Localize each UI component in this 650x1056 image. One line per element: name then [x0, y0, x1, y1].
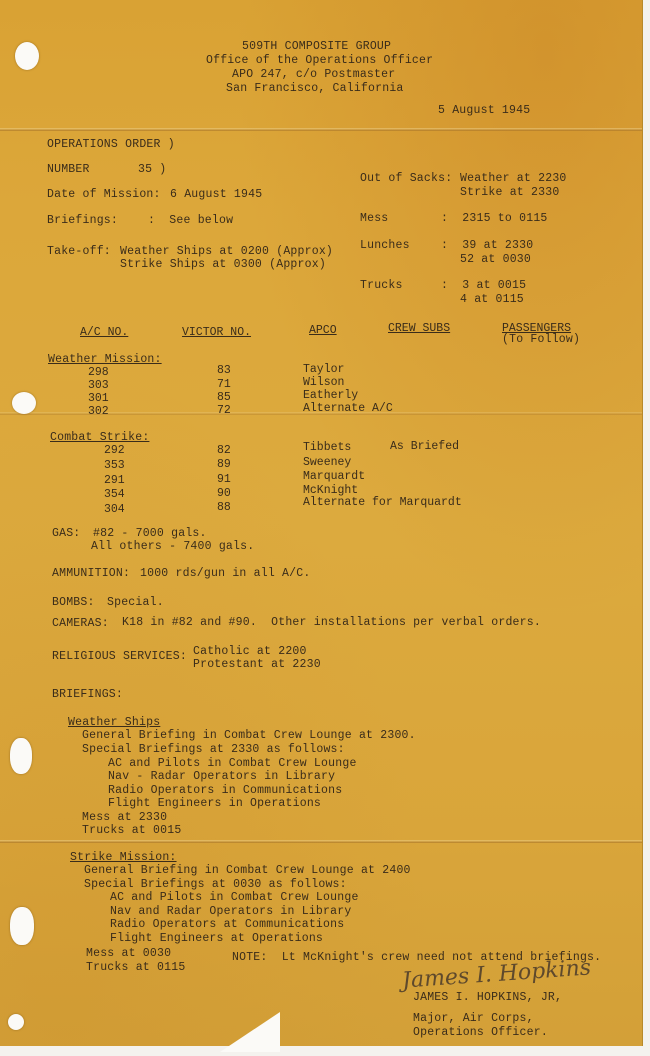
letterhead-office: Office of the Operations Officer — [206, 54, 433, 68]
punch-hole — [12, 392, 36, 414]
fold-line — [0, 128, 642, 131]
apco-name: Taylor — [303, 363, 344, 377]
ammunition-value: 1000 rds/gun in all A/C. — [140, 567, 310, 581]
weather-briefing-item: Radio Operators in Communications — [108, 784, 342, 798]
signatory-title: Operations Officer. — [413, 1026, 548, 1040]
strike-mess: Mess at 0030 — [86, 947, 171, 961]
trucks-second: 4 at 0115 — [460, 293, 524, 307]
weather-general-briefing: General Briefing in Combat Crew Lounge a… — [82, 729, 416, 743]
briefings-value: : See below — [148, 214, 233, 228]
ac-number: 291 — [104, 474, 125, 488]
out-of-sacks-label: Out of Sacks: — [360, 172, 452, 186]
weather-briefing-item: Flight Engineers in Operations — [108, 797, 321, 811]
briefings-heading: BRIEFINGS: — [52, 688, 123, 702]
weather-mission-label: Weather Mission: — [48, 353, 162, 367]
column-header-ac-no: A/C NO. — [80, 326, 128, 339]
takeoff-strike: Strike Ships at 0300 (Approx) — [120, 258, 326, 272]
victor-number: 85 — [217, 391, 231, 405]
letterhead-unit: 509TH COMPOSITE GROUP — [242, 40, 391, 54]
letterhead-apo: APO 247, c/o Postmaster — [232, 68, 395, 82]
order-title: OPERATIONS ORDER ) — [47, 138, 175, 152]
religious-catholic: Catholic at 2200 — [193, 645, 307, 659]
combat-strike-label: Combat Strike: — [50, 431, 149, 445]
gas-label: GAS: — [52, 527, 80, 541]
bombs-value: Special. — [107, 596, 164, 610]
strike-general-briefing: General Briefing in Combat Crew Lounge a… — [84, 864, 411, 878]
ac-number: 302 — [88, 405, 109, 419]
bombs-label: BOMBS: — [52, 596, 95, 610]
letterhead-city: San Francisco, California — [226, 82, 404, 96]
strike-trucks: Trucks at 0115 — [86, 961, 185, 975]
trucks-first: : 3 at 0015 — [441, 279, 526, 293]
apco-name: Wilson — [303, 376, 344, 390]
punch-hole — [15, 42, 39, 70]
apco-name: Tibbets — [303, 441, 351, 455]
victor-number: 90 — [217, 487, 231, 501]
apco-name: Marquardt — [303, 470, 365, 484]
gas-82: #82 - 7000 gals. — [93, 527, 207, 541]
column-header-crew-subs: CREW SUBS — [388, 322, 450, 335]
column-header-apco: APCO — [309, 324, 337, 337]
ac-number: 301 — [88, 392, 109, 406]
cameras-label: CAMERAS: — [52, 617, 109, 631]
signatory-rank: Major, Air Corps, — [413, 1012, 534, 1026]
apco-name: Eatherly — [303, 389, 358, 403]
strike-briefing-item: Flight Engineers at Operations — [110, 932, 323, 946]
torn-corner — [220, 1012, 280, 1052]
column-header-victor-no: VICTOR NO. — [182, 326, 251, 339]
mission-date: 6 August 1945 — [170, 188, 262, 202]
punch-hole — [10, 738, 32, 774]
victor-number: 89 — [217, 458, 231, 472]
strike-special-briefings: Special Briefings at 0030 as follows: — [84, 878, 347, 892]
out-of-sacks-weather: Weather at 2230 — [460, 172, 567, 186]
strike-briefing-item: AC and Pilots in Combat Crew Lounge — [110, 891, 359, 905]
strike-briefing-item: Radio Operators at Communications — [110, 918, 344, 932]
mission-date-label: Date of Mission: — [47, 188, 161, 202]
lunches-second: 52 at 0030 — [460, 253, 531, 267]
strike-mission-title: Strike Mission: — [70, 851, 177, 865]
weather-mess: Mess at 2330 — [82, 811, 167, 825]
ac-number: 303 — [88, 379, 109, 393]
takeoff-label: Take-off: — [47, 245, 111, 259]
punch-hole — [10, 907, 34, 945]
ammunition-label: AMMUNITION: — [52, 567, 130, 581]
weather-trucks: Trucks at 0015 — [82, 824, 181, 838]
takeoff-weather: Weather Ships at 0200 (Approx) — [120, 245, 333, 259]
cameras-value: K18 in #82 and #90. Other installations … — [122, 616, 541, 630]
document-page: 509TH COMPOSITE GROUP Office of the Oper… — [0, 0, 643, 1046]
gas-others: All others - 7400 gals. — [91, 540, 254, 554]
mess-label: Mess — [360, 212, 388, 226]
weather-briefing-item: Nav - Radar Operators in Library — [108, 770, 335, 784]
victor-number: 88 — [217, 501, 231, 515]
ac-number: 353 — [104, 459, 125, 473]
ac-number: 298 — [88, 366, 109, 380]
victor-number: 82 — [217, 444, 231, 458]
religious-protestant: Protestant at 2230 — [193, 658, 321, 672]
fold-line — [0, 840, 642, 843]
trucks-label: Trucks — [360, 279, 403, 293]
religious-services-label: RELIGIOUS SERVICES: — [52, 650, 187, 664]
document-date: 5 August 1945 — [438, 104, 530, 118]
weather-ships-title: Weather Ships — [68, 716, 160, 730]
victor-number: 83 — [217, 364, 231, 378]
victor-number: 72 — [217, 404, 231, 418]
order-number: 35 ) — [138, 163, 166, 177]
apco-name: Sweeney — [303, 456, 351, 470]
ac-number: 354 — [104, 488, 125, 502]
briefings-label: Briefings: — [47, 214, 118, 228]
strike-briefing-item: Nav and Radar Operators in Library — [110, 905, 351, 919]
signatory-name: JAMES I. HOPKINS, JR, — [413, 991, 562, 1005]
weather-briefing-item: AC and Pilots in Combat Crew Lounge — [108, 757, 357, 771]
victor-number: 91 — [217, 473, 231, 487]
ac-number: 304 — [104, 503, 125, 517]
lunches-label: Lunches — [360, 239, 410, 253]
column-header-passengers-note: (To Follow) — [502, 333, 580, 347]
mess-value: : 2315 to 0115 — [441, 212, 548, 226]
order-number-label: NUMBER — [47, 163, 90, 177]
ac-number: 292 — [104, 444, 125, 458]
weather-special-briefings: Special Briefings at 2330 as follows: — [82, 743, 345, 757]
lunches-first: : 39 at 2330 — [441, 239, 533, 253]
victor-number: 71 — [217, 378, 231, 392]
out-of-sacks-strike: Strike at 2330 — [460, 186, 559, 200]
crew-subs: As Briefed — [390, 440, 459, 454]
apco-name: Alternate for Marquardt — [303, 496, 462, 510]
apco-name: Alternate A/C — [303, 402, 393, 416]
punch-hole — [8, 1014, 24, 1030]
